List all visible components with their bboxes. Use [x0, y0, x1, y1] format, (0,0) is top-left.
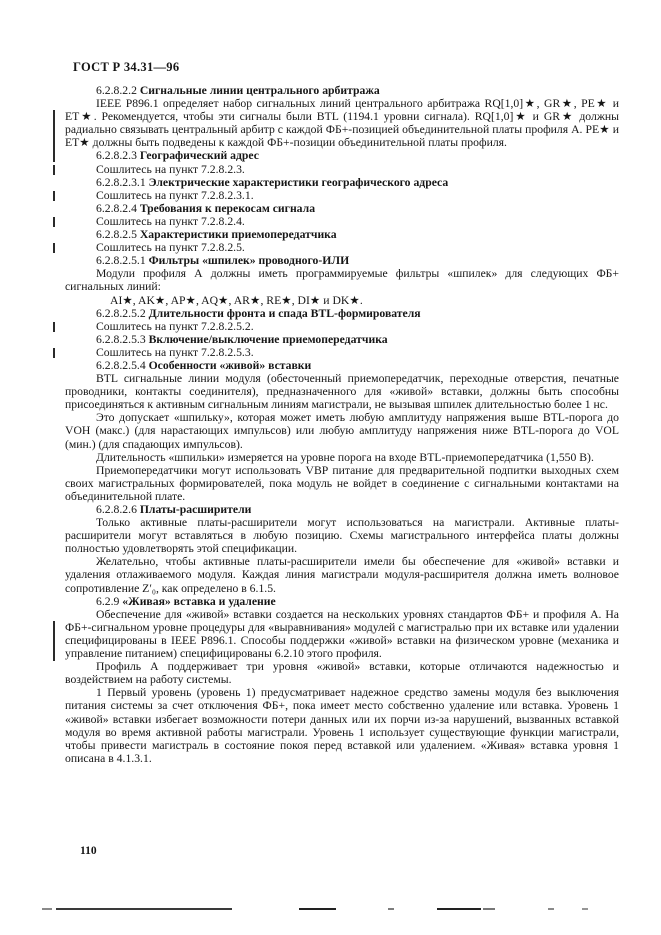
section-number: 6.2.8.2.6 — [96, 503, 137, 516]
scan-artifact-line — [0, 908, 661, 911]
section-number: 6.2.8.2.5.1 — [96, 254, 146, 267]
section-title: Фильтры «шпилек» проводного-ИЛИ — [149, 254, 350, 267]
section-number: 6.2.8.2.5.3 — [96, 333, 146, 346]
section-heading: 6.2.8.2.4 Требования к перекосам сигнала — [65, 202, 619, 215]
scan-artifact-dash — [437, 908, 481, 910]
section-title: Требования к перекосам сигнала — [140, 202, 315, 215]
paragraph: Длительность «шпильки» измеряется на уро… — [65, 451, 619, 464]
section-title: Включение/выключение приемопередатчика — [149, 333, 388, 346]
section-number: 6.2.8.2.5.4 — [96, 359, 146, 372]
paragraph: IEEE P896.1 определяет набор сигнальных … — [65, 97, 619, 149]
document-body: 6.2.8.2.2 Сигнальные линии центрального … — [65, 84, 619, 765]
section-heading: 6.2.8.2.5 Характеристики приемопередатчи… — [65, 228, 619, 241]
scan-artifact-dash — [42, 908, 52, 910]
paragraph: Сошлитесь на пункт 7.2.8.2.5.3. — [65, 346, 619, 359]
section-number: 6.2.8.2.5.2 — [96, 307, 146, 320]
scan-artifact-dash — [548, 908, 554, 910]
section-title: «Живая» вставка и удаление — [122, 595, 275, 608]
page-number: 110 — [80, 845, 97, 857]
section-heading: 6.2.8.2.5.3 Включение/выключение приемоп… — [65, 333, 619, 346]
paragraph: AI★, AK★, AP★, AQ★, AR★, RE★, DI★ и DK★. — [65, 294, 619, 307]
section-number: 6.2.8.2.2 — [96, 84, 137, 97]
section-heading: 6.2.8.2.6 Платы-расширители — [65, 503, 619, 516]
paragraph: Сошлитесь на пункт 7.2.8.2.3.1. — [65, 189, 619, 202]
paragraph: Обеспечение для «живой» вставки создаетс… — [65, 608, 619, 660]
paragraph: Модули профиля А должны иметь программир… — [65, 267, 619, 293]
paragraph: Только активные платы-расширители могут … — [65, 516, 619, 555]
section-number: 6.2.8.2.3.1 — [96, 176, 146, 189]
paragraph: Желательно, чтобы активные платы-расшири… — [65, 555, 619, 594]
section-heading: 6.2.8.2.2 Сигнальные линии центрального … — [65, 84, 619, 97]
section-title: Характеристики приемопередатчика — [140, 228, 337, 241]
section-title: Длительности фронта и спада BTL-формиров… — [149, 307, 421, 320]
section-title: Сигнальные линии центрального арбитража — [140, 84, 380, 97]
scan-artifact-dash — [56, 908, 232, 910]
section-title: Электрические характеристики географичес… — [149, 176, 449, 189]
paragraph: Приемопередатчики могут использовать VBP… — [65, 464, 619, 503]
section-number: 6.2.8.2.4 — [96, 202, 137, 215]
paragraph: Сошлитесь на пункт 7.2.8.2.5. — [65, 241, 619, 254]
paragraph: Сошлитесь на пункт 7.2.8.2.4. — [65, 215, 619, 228]
section-title: Платы-расширители — [140, 503, 252, 516]
section-title: Географический адрес — [140, 149, 259, 162]
paragraph: Сошлитесь на пункт 7.2.8.2.3. — [65, 163, 619, 176]
paragraph: 1 Первый уровень (уровень 1) предусматри… — [65, 686, 619, 765]
running-header: ГОСТ Р 34.31—96 — [73, 60, 179, 75]
section-heading: 6.2.8.2.5.4 Особенности «живой» вставки — [65, 359, 619, 372]
section-heading: 6.2.8.2.5.2 Длительности фронта и спада … — [65, 307, 619, 320]
scan-artifact-dash — [388, 908, 394, 910]
paragraph: Сошлитесь на пункт 7.2.8.2.5.2. — [65, 320, 619, 333]
paragraph: BTL сигнальные линии модуля (обесточенны… — [65, 372, 619, 411]
scan-artifact-dash — [582, 908, 588, 910]
paragraph: Это допускает «шпильку», которая может и… — [65, 411, 619, 450]
scan-artifact-dash — [299, 908, 336, 910]
paragraph: Профиль А поддерживает три уровня «живой… — [65, 660, 619, 686]
section-number: 6.2.8.2.5 — [96, 228, 137, 241]
section-heading: 6.2.8.2.3.1 Электрические характеристики… — [65, 176, 619, 189]
section-heading: 6.2.8.2.3 Географический адрес — [65, 149, 619, 162]
section-heading: 6.2.9 «Живая» вставка и удаление — [65, 595, 619, 608]
document-page: ГОСТ Р 34.31—96 6.2.8.2.2 Сигнальные лин… — [0, 0, 661, 935]
section-number: 6.2.8.2.3 — [96, 149, 137, 162]
section-heading: 6.2.8.2.5.1 Фильтры «шпилек» проводного-… — [65, 254, 619, 267]
scan-artifact-dash — [483, 908, 495, 910]
section-title: Особенности «живой» вставки — [149, 359, 312, 372]
section-number: 6.2.9 — [96, 595, 119, 608]
